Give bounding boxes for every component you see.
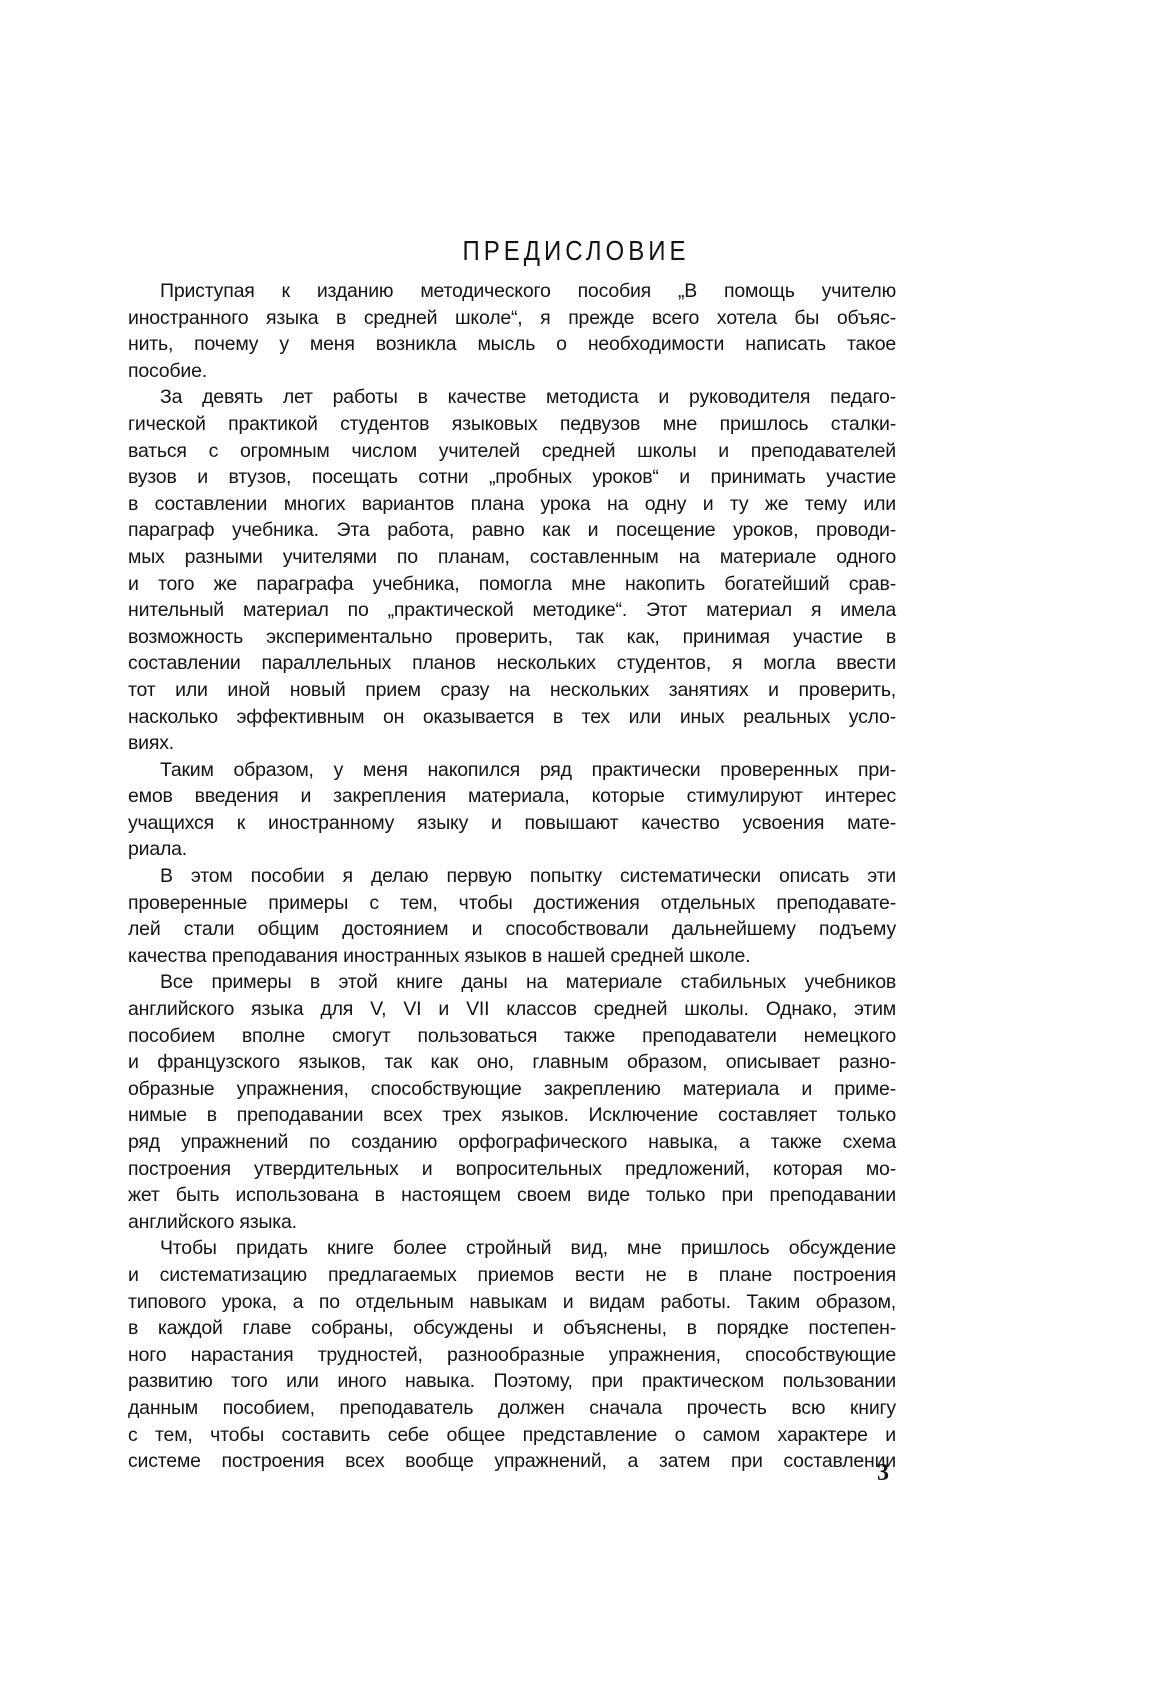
text-line: ного нарастания трудностей, разнообразны… xyxy=(128,1342,896,1369)
text-line: нимые в преподавании всех трех языков. И… xyxy=(128,1102,896,1129)
text-line: типового урока, а по отдельным навыкам и… xyxy=(128,1289,896,1316)
text-line: ваться с огромным числом учителей средне… xyxy=(128,438,896,465)
text-line: виях. xyxy=(128,730,896,757)
text-line: в каждой главе собраны, обсуждены и объя… xyxy=(128,1315,896,1342)
text-line: пособие. xyxy=(128,358,896,385)
text-line: в составлении многих вариантов плана уро… xyxy=(128,491,896,518)
text-line: Все примеры в этой книге даны на материа… xyxy=(128,969,896,996)
text-line: английского языка. xyxy=(128,1209,896,1236)
text-line: системе построения всех вообще упражнени… xyxy=(128,1448,896,1475)
text-line: лей стали общим достоянием и способствов… xyxy=(128,916,896,943)
text-line: и того же параграфа учебника, помогла мн… xyxy=(128,571,896,598)
body-text: Приступая к изданию методического пособи… xyxy=(128,278,896,1475)
text-line: риала. xyxy=(128,836,896,863)
text-line: данным пособием, преподаватель должен сн… xyxy=(128,1395,896,1422)
text-line: и французского языков, так как оно, глав… xyxy=(128,1049,896,1076)
text-line: нить, почему у меня возникла мысль о нео… xyxy=(128,331,896,358)
text-line: За девять лет работы в качестве методист… xyxy=(128,384,896,411)
text-line: качества преподавания иностранных языков… xyxy=(128,943,896,970)
text-line: составлении параллельных планов нескольк… xyxy=(128,650,896,677)
page-number: 3 xyxy=(877,1460,889,1487)
text-line: образные упражнения, способствующие закр… xyxy=(128,1076,896,1103)
text-line: возможность экспериментально проверить, … xyxy=(128,624,896,651)
text-line: параграф учебника. Эта работа, равно как… xyxy=(128,517,896,544)
text-line: Чтобы придать книге более стройный вид, … xyxy=(128,1235,896,1262)
text-line: мых разными учителями по планам, составл… xyxy=(128,544,896,571)
page-title: ПРЕДИСЛОВИЕ xyxy=(0,236,1152,268)
text-line: ряд упражнений по созданию орфографическ… xyxy=(128,1129,896,1156)
text-line: В этом пособии я делаю первую попытку си… xyxy=(128,863,896,890)
text-line: емов введения и закрепления материала, к… xyxy=(128,783,896,810)
text-line: и систематизацию предлагаемых приемов ве… xyxy=(128,1262,896,1289)
text-line: тот или иной новый прием сразу на нескол… xyxy=(128,677,896,704)
text-line: нительный материал по „практической мето… xyxy=(128,597,896,624)
text-line: гической практикой студентов языковых пе… xyxy=(128,411,896,438)
text-line: пособием вполне смогут пользоваться такж… xyxy=(128,1023,896,1050)
text-line: проверенные примеры с тем, чтобы достиже… xyxy=(128,890,896,917)
text-line: вузов и втузов, посещать сотни „пробных … xyxy=(128,464,896,491)
text-line: Приступая к изданию методического пособи… xyxy=(128,278,896,305)
document-page: ПРЕДИСЛОВИЕ Приступая к изданию методиче… xyxy=(0,0,1152,1707)
text-line: насколько эффективным он оказывается в т… xyxy=(128,704,896,731)
text-line: жет быть использована в настоящем своем … xyxy=(128,1182,896,1209)
text-line: учащихся к иностранному языку и повышают… xyxy=(128,810,896,837)
text-line: построения утвердительных и вопросительн… xyxy=(128,1156,896,1183)
text-line: с тем, чтобы составить себе общее предст… xyxy=(128,1422,896,1449)
text-line: английского языка для V, VI и VII классо… xyxy=(128,996,896,1023)
text-line: иностранного языка в средней школе“, я п… xyxy=(128,305,896,332)
text-line: развитию того или иного навыка. Поэтому,… xyxy=(128,1368,896,1395)
text-line: Таким образом, у меня накопился ряд прак… xyxy=(128,757,896,784)
